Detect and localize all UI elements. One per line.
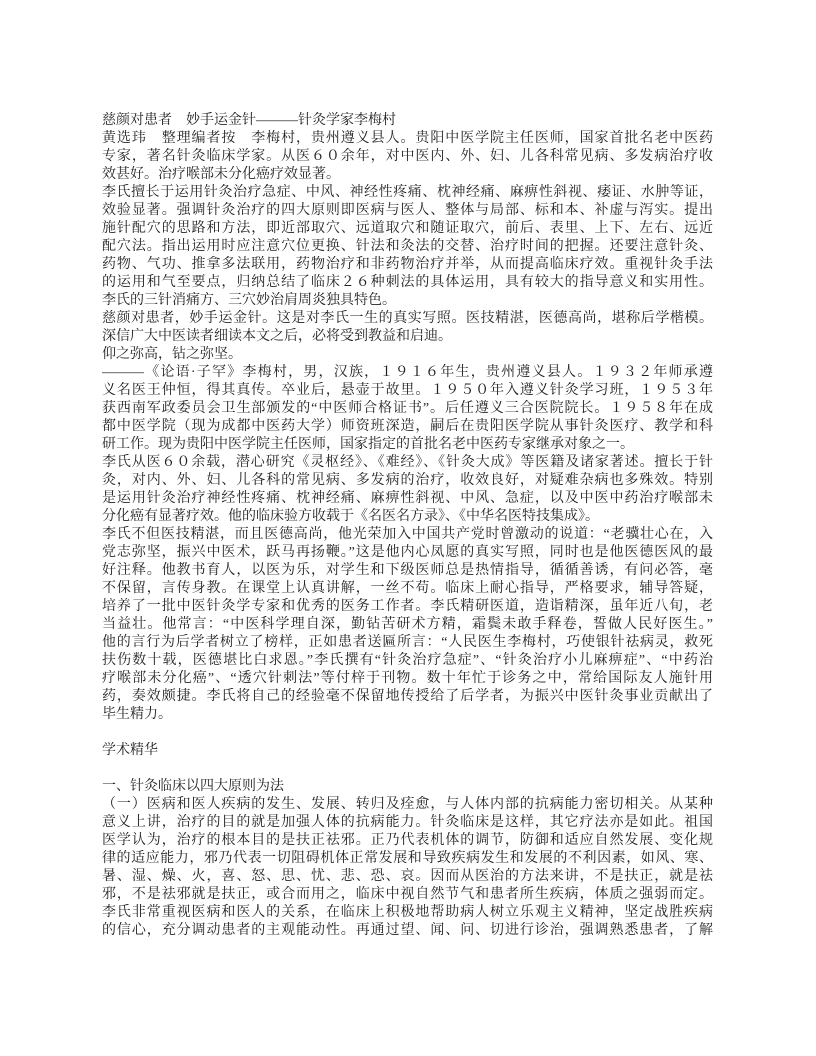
text-line: 好注释。他教书育人，以医为乐，对学生和下级医师总是热情指导，循循善诱，有问必答，… bbox=[102, 562, 713, 580]
text-line: 义名医王仲恒，得其真传。卒业后，悬壶于故里。１９５０年入遵义针灸学习班，１９５３… bbox=[102, 382, 713, 400]
text-line: 意义上讲，治疗的目的就是加强人体的抗病能力。针灸临床是这样，其它疗法亦是如此。祖… bbox=[102, 814, 713, 832]
text-line: 党志弥坚，振兴中医术，跃马再扬鞭。”这是他内心凤愿的真实写照，同时也是他医德医风… bbox=[102, 544, 713, 562]
text-line: 研工作。现为贵阳中医学院主任医师，国家指定的首批名老中医药专家继承对象之一。 bbox=[102, 436, 713, 454]
text-line: 的运用和气至要点，归纳总结了临床２６种刺法的具体运用，具有较大的指导意义和实用性… bbox=[102, 274, 713, 292]
text-line: 医学认为，治疗的根本目的是扶正祛邪。正乃代表机体的调节，防御和适应自然发展、变化… bbox=[102, 832, 713, 850]
text-line: 施针配穴的思路和方法，即近部取穴、远道取穴和随证取穴，前后、表里、上下、左右、远… bbox=[102, 220, 713, 238]
text-line: 当益壮。他常言：“中医科学理自深，勤钻苦研术方精，霜鬓未敢手释卷，誓做人民好医生… bbox=[102, 616, 713, 634]
text-line: 深信广大中医读者细读本文之后，必将受到教益和启迪。 bbox=[102, 328, 713, 346]
quotation-line: 仰之弥高，钻之弥坚。 bbox=[102, 346, 713, 364]
text-line: 专家，著名针灸临床学家。从医６０余年，对中医内、外、妇、儿各科常见病、多发病治疗… bbox=[102, 148, 713, 166]
section-heading: 学术精华 bbox=[102, 742, 713, 760]
text-line: 效验显著。强调针灸治疗的四大原则即医病与医人、整体与局部、标和本、补虚与泻实。提… bbox=[102, 202, 713, 220]
text-line: 慈颜对患者，妙手运金针。这是对李氏一生的真实写照。医技精湛，医德高尚，堪称后学楷… bbox=[102, 310, 713, 328]
text-line: 药物、气功、推拿多法联用，药物治疗和非药物治疗并举，从而提高临床疗效。重视针灸手… bbox=[102, 256, 713, 274]
text-line: 暑、湿、燥、火，喜、怒、思、忧、悲、恐、哀。因而从医治的方法来讲，不是扶正，就是… bbox=[102, 868, 713, 886]
text-line: 李氏从医６０余载，潜心研究《灵枢经》、《难经》、《针灸大成》等医籍及诸家著述。擅… bbox=[102, 454, 713, 472]
text-line: 分化癌有显著疗效。他的临床验方收载于《名医名方录》、《中华名医特技集成》。 bbox=[102, 508, 713, 526]
text-line: 毕生精力。 bbox=[102, 706, 713, 724]
text-line: 不保留，言传身教。在课堂上认真讲解，一丝不苟。临床上耐心指导，严格要求，辅导答疑… bbox=[102, 580, 713, 598]
text-line: 律的适应能力，邪乃代表一切阻碍机体正常发展和导致疾病发生和发展的不利因素，如风、… bbox=[102, 850, 713, 868]
document-page: 慈颜对患者 妙手运金针———针灸学家李梅村黄选玮 整理编者按 李梅村，贵州遵义县… bbox=[0, 0, 816, 1056]
byline-editor-note: 黄选玮 整理编者按 李梅村，贵州遵义县人。贵阳中医学院主任医师，国家首批名老中医… bbox=[102, 130, 713, 148]
text-line: 扶伤数十载，医德堪比白求恩。”李氏撰有“针灸治疗急症”、“针灸治疗小儿麻痹症”、… bbox=[102, 652, 713, 670]
text-line: 药，奏效颇捷。李氏将自己的经验毫不保留地传授给了后学者，为振兴中医针灸事业贡献出… bbox=[102, 688, 713, 706]
blank-line bbox=[102, 760, 713, 778]
text-line: 获西南军政委员会卫生部颁发的“中医师合格证书”。后任遵义三合医院院长。１９５８年… bbox=[102, 400, 713, 418]
text-line: 培养了一批中医针灸学专家和优秀的医务工作者。李氏精研医道，造诣精深，虽年近八旬，… bbox=[102, 598, 713, 616]
text-line: 疗喉部未分化癌”、“透穴针刺法”等付梓于刊物。数十年忙于诊务之中，常给国际友人施… bbox=[102, 670, 713, 688]
text-line: （一）医病和医人疾病的发生、发展、转归及痊愈，与人体内部的抗病能力密切相关。从某… bbox=[102, 796, 713, 814]
text-line: 李氏擅长于运用针灸治疗急症、中风、神经性疼痛、枕神经痛、麻痹性斜视、痿证、水肿等… bbox=[102, 184, 713, 202]
text-line: 效甚好。治疗喉部未分化癌疗效显著。 bbox=[102, 166, 713, 184]
blank-line bbox=[102, 724, 713, 742]
text-line: 的信心，充分调动患者的主观能动性。再通过望、闻、问、切进行诊治，强调熟悉患者，了… bbox=[102, 922, 713, 940]
document-title: 慈颜对患者 妙手运金针———针灸学家李梅村 bbox=[102, 112, 713, 130]
text-line: 李氏非常重视医病和医人的关系，在临床上积极地帮助病人树立乐观主义精神，坚定战胜疾… bbox=[102, 904, 713, 922]
text-line: ———《论语·子罕》李梅村，男，汉族，１９１６年生，贵州遵义县人。１９３２年师承… bbox=[102, 364, 713, 382]
text-line: 是运用针灸治疗神经性疼痛、枕神经痛、麻痹性斜视、中风、急症，以及中医中药治疗喉部… bbox=[102, 490, 713, 508]
text-line: 他的言行为后学者树立了榜样，正如患者送匾所言：“人民医生李梅村，巧使银针祛病灵，… bbox=[102, 634, 713, 652]
text-line: 李氏不但医技精湛，而且医德高尚，他光荣加入中国共产党时曾激动的说道：“老骥壮心在… bbox=[102, 526, 713, 544]
text-line: 配穴法。指出运用时应注意穴位更换、针法和灸法的交替、治疗时间的把握。还要注意针灸… bbox=[102, 238, 713, 256]
document-body: 慈颜对患者 妙手运金针———针灸学家李梅村黄选玮 整理编者按 李梅村，贵州遵义县… bbox=[102, 112, 713, 940]
text-line: 邪，不是祛邪就是扶正，或合而用之，临床中视自然节气和患者所生疾病，体质之强弱而定… bbox=[102, 886, 713, 904]
text-line: 灸，对内、外、妇、儿各科的常见病、多发病的治疗，收效良好，对疑难杂病也多殊效。特… bbox=[102, 472, 713, 490]
subsection-heading: 一、针灸临床以四大原则为法 bbox=[102, 778, 713, 796]
text-line: 李氏的三针消痛方、三穴妙治肩周炎独具特色。 bbox=[102, 292, 713, 310]
text-line: 都中医学院（现为成都中医药大学）师资班深造，嗣后在贵阳医学院从事针灸医疗、教学和… bbox=[102, 418, 713, 436]
